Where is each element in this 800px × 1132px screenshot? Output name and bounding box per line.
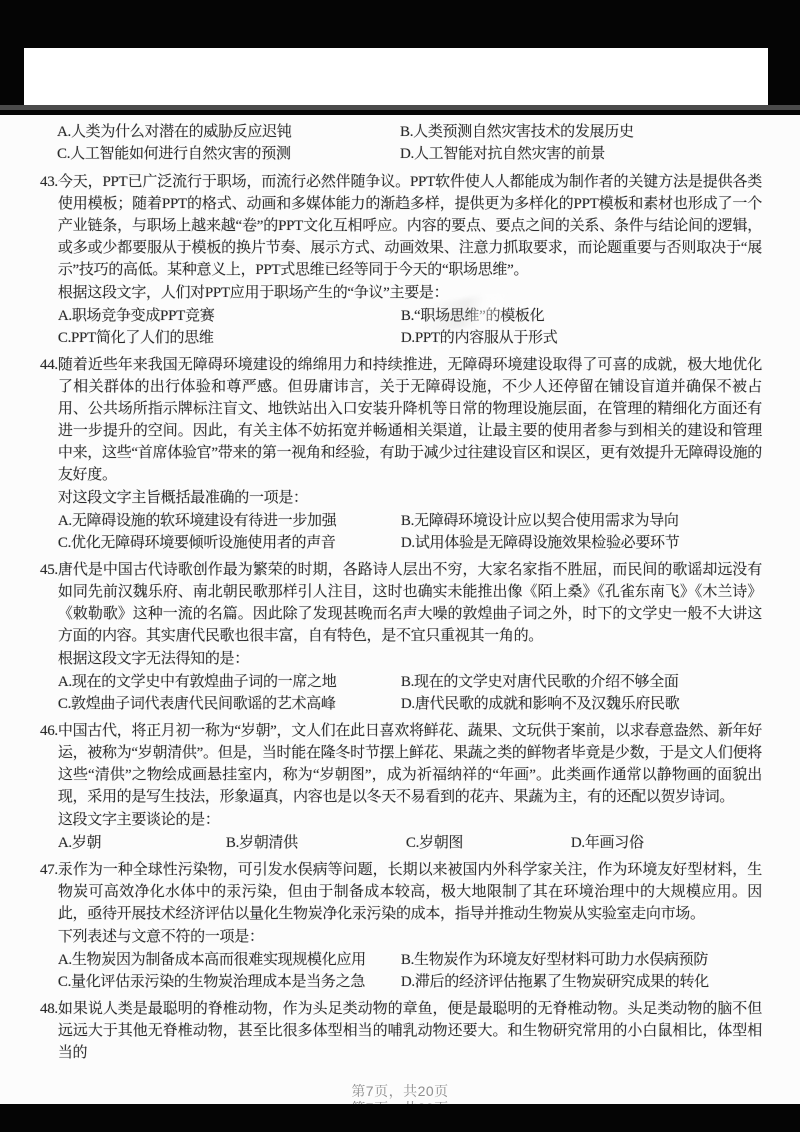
option-a: A.生物炭因为制备成本高而很难实现规模化应用 xyxy=(58,949,401,971)
document-page: A.人类为什么对潜在的威胁反应迟钝 B.人类预测自然灾害技术的发展历史 C.人工… xyxy=(0,115,800,1104)
scan-border-bottom xyxy=(0,1104,800,1132)
option-c: C.量化评估汞污染的生物炭治理成本是当务之急 xyxy=(58,971,401,993)
question-number: 46. xyxy=(40,720,58,854)
question-content: 汞作为一种全球性污染物，可引发水俣病等问题，长期以来被国内外科学家关注，作为环境… xyxy=(58,859,762,993)
question-number: 44. xyxy=(40,354,58,554)
question-body: 唐代是中国古代诗歌创作最为繁荣的时期，各路诗人层出不穷，大家名家指不胜屈，而民间… xyxy=(58,559,762,647)
options-grid: A.人类为什么对潜在的威胁反应迟钝 B.人类预测自然灾害技术的发展历史 C.人工… xyxy=(57,121,762,165)
question-stem: 下列表述与文意不符的一项是： xyxy=(58,926,762,948)
question-number: 48. xyxy=(40,998,58,1064)
question-stem: 对这段文字主旨概括最准确的一项是： xyxy=(58,487,762,509)
option-c: C.PPT简化了人们的思维 xyxy=(58,327,401,349)
question-43: 43. 今天，PPT已广泛流行于职场，而流行必然伴随争议。PPT软件使人人都能成… xyxy=(40,171,762,349)
option-d: D.试用体验是无障碍设施效果检验必要环节 xyxy=(401,532,762,554)
option-c: C.敦煌曲子词代表唐代民间歌谣的艺术高峰 xyxy=(58,693,401,715)
question-42-options: A.人类为什么对潜在的威胁反应迟钝 B.人类预测自然灾害技术的发展历史 C.人工… xyxy=(57,121,762,165)
option-d: D.唐代民歌的成就和影响不及汉魏乐府民歌 xyxy=(401,693,762,715)
question-content: 今天，PPT已广泛流行于职场，而流行必然伴随争议。PPT软件使人人都能成为制作者… xyxy=(58,171,762,349)
option-b: B.现在的文学史对唐代民歌的介绍不够全面 xyxy=(401,671,762,693)
question-48: 48. 如果说人类是最聪明的脊椎动物，作为头足类动物的章鱼，便是最聪明的无脊椎动… xyxy=(40,998,762,1064)
option-a: A.职场竞争变成PPT竞赛 xyxy=(58,305,401,327)
option-a: A.无障碍设施的软环境建设有待进一步加强 xyxy=(58,510,401,532)
question-stem: 这段文字主要谈论的是： xyxy=(58,809,762,831)
option-b: B.岁朝清供 xyxy=(226,832,406,854)
question-body: 今天，PPT已广泛流行于职场，而流行必然伴随争议。PPT软件使人人都能成为制作者… xyxy=(58,171,762,281)
options-grid: A.职场竞争变成PPT竞赛 B.“职场思维”的模板化 C.PPT简化了人们的思维… xyxy=(58,305,762,349)
question-body: 汞作为一种全球性污染物，可引发水俣病等问题，长期以来被国内外科学家关注，作为环境… xyxy=(58,859,762,925)
option-c: C.优化无障碍环境要倾听设施使用者的声音 xyxy=(58,532,401,554)
question-stem: 根据这段文字，人们对PPT应用于职场产生的“争议”主要是： xyxy=(58,282,762,304)
option-a: A.人类为什么对潜在的威胁反应迟钝 xyxy=(57,121,400,143)
options-grid: A.无障碍设施的软环境建设有待进一步加强 B.无障碍环境设计应以契合使用需求为导… xyxy=(58,510,762,554)
scan-border-top xyxy=(0,0,800,110)
option-d: D.滞后的经济评估拖累了生物炭研究成果的转化 xyxy=(401,971,762,993)
question-number: 45. xyxy=(40,559,58,715)
question-body: 随着近些年来我国无障碍环境建设的绵绵用力和持续推进，无障碍环境建设取得了可喜的成… xyxy=(58,354,762,486)
question-number: 47. xyxy=(40,859,58,993)
question-number: 43. xyxy=(40,171,58,349)
option-d: D.PPT的内容服从于形式 xyxy=(401,327,762,349)
question-45: 45. 唐代是中国古代诗歌创作最为繁荣的时期，各路诗人层出不穷，大家名家指不胜屈… xyxy=(40,559,762,715)
option-b: B.人类预测自然灾害技术的发展历史 xyxy=(400,121,762,143)
question-body: 如果说人类是最聪明的脊椎动物，作为头足类动物的章鱼，便是最聪明的无脊椎动物。头足… xyxy=(58,998,762,1064)
question-content: 随着近些年来我国无障碍环境建设的绵绵用力和持续推进，无障碍环境建设取得了可喜的成… xyxy=(58,354,762,554)
options-grid: A.生物炭因为制备成本高而很难实现规模化应用 B.生物炭作为环境友好型材料可助力… xyxy=(58,949,762,993)
question-stem: 根据这段文字无法得知的是： xyxy=(58,648,762,670)
option-a: A.现在的文学史中有敦煌曲子词的一席之地 xyxy=(58,671,401,693)
options-grid: A.现在的文学史中有敦煌曲子词的一席之地 B.现在的文学史对唐代民歌的介绍不够全… xyxy=(58,671,762,715)
question-body: 中国古代，将正月初一称为“岁朝”，文人们在此日喜欢将鲜花、蔬果、文玩供于案前，以… xyxy=(58,720,762,808)
question-46: 46. 中国古代，将正月初一称为“岁朝”，文人们在此日喜欢将鲜花、蔬果、文玩供于… xyxy=(40,720,762,854)
question-content: 唐代是中国古代诗歌创作最为繁荣的时期，各路诗人层出不穷，大家名家指不胜屈，而民间… xyxy=(58,559,762,715)
option-a: A.岁朝 xyxy=(58,832,226,854)
options-grid: A.岁朝 B.岁朝清供 C.岁朝图 D.年画习俗 xyxy=(58,832,762,854)
scanned-exam-page: { "theme": { "scan_border_color": "#0505… xyxy=(0,0,800,1132)
option-c: C.人工智能如何进行自然灾害的预测 xyxy=(57,143,400,165)
option-b: B.无障碍环境设计应以契合使用需求为导向 xyxy=(401,510,762,532)
redacted-header-area xyxy=(24,48,768,105)
question-content: 如果说人类是最聪明的脊椎动物，作为头足类动物的章鱼，便是最聪明的无脊椎动物。头足… xyxy=(58,998,762,1064)
option-c: C.岁朝图 xyxy=(406,832,571,854)
option-b: B.生物炭作为环境友好型材料可助力水俣病预防 xyxy=(401,949,762,971)
question-content: 中国古代，将正月初一称为“岁朝”，文人们在此日喜欢将鲜花、蔬果、文玩供于案前，以… xyxy=(58,720,762,854)
question-44: 44. 随着近些年来我国无障碍环境建设的绵绵用力和持续推进，无障碍环境建设取得了… xyxy=(40,354,762,554)
option-d: D.年画习俗 xyxy=(571,832,762,854)
option-d: D.人工智能对抗自然灾害的前景 xyxy=(400,143,762,165)
question-47: 47. 汞作为一种全球性污染物，可引发水俣病等问题，长期以来被国内外科学家关注，… xyxy=(40,859,762,993)
